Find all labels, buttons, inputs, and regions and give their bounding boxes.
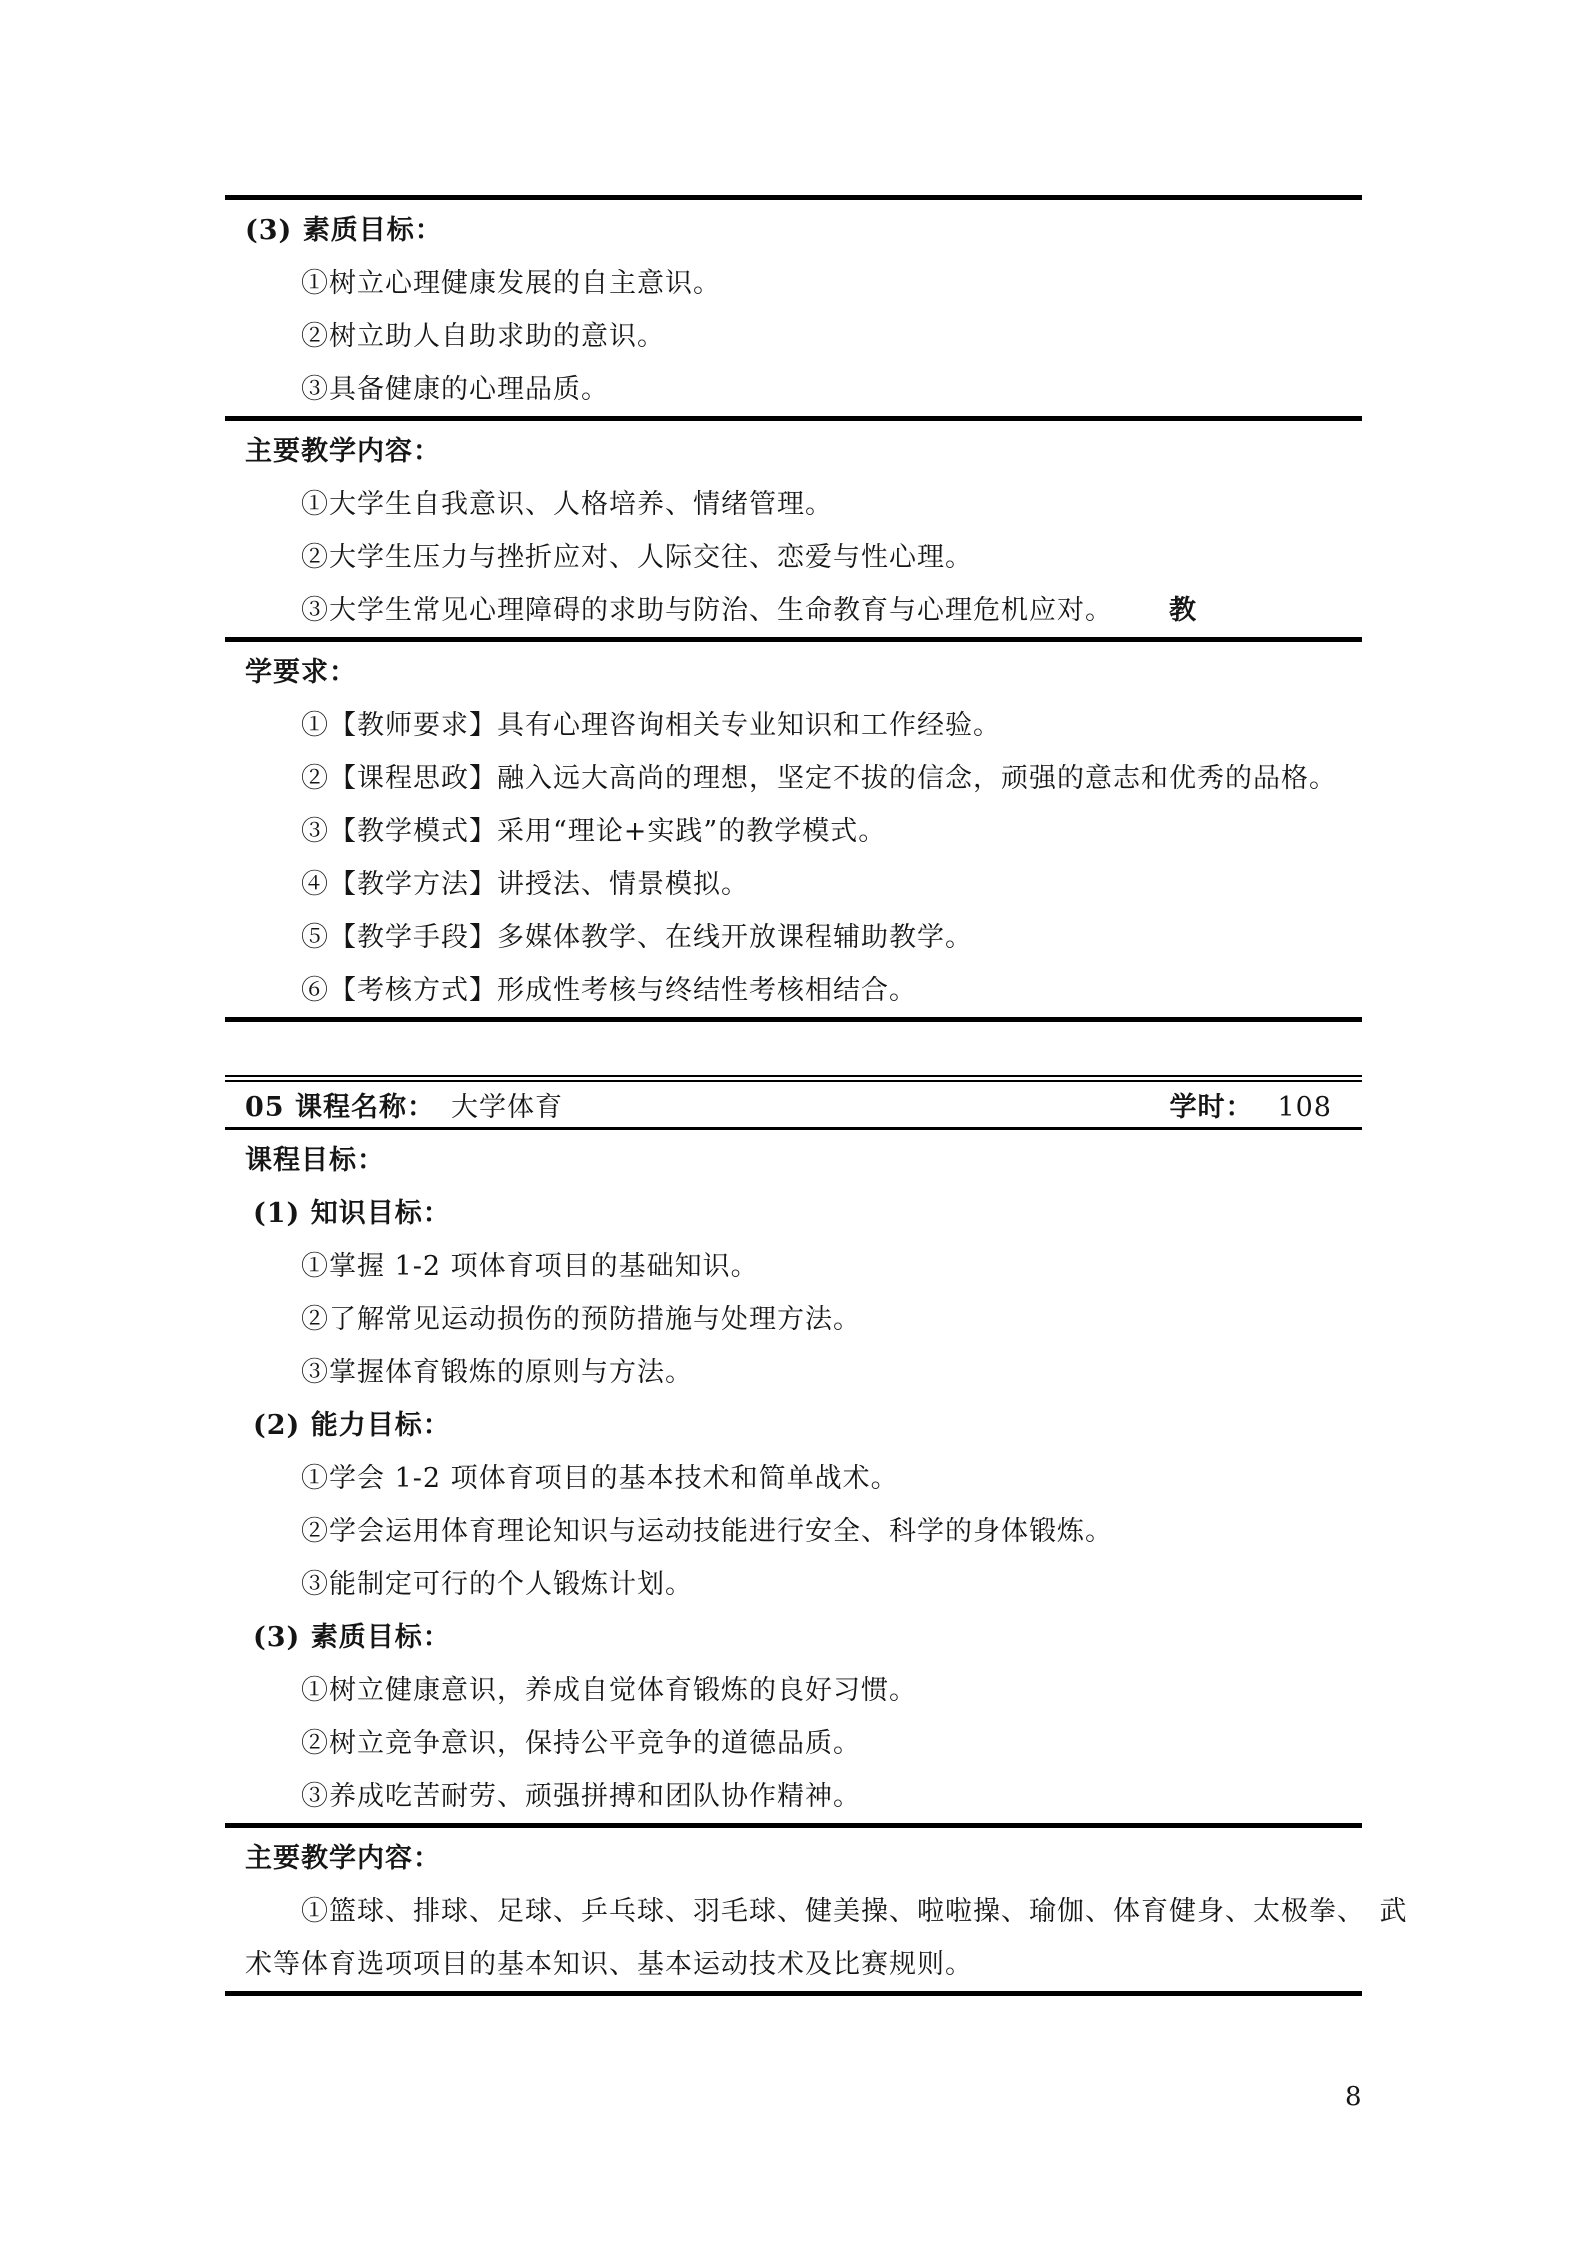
- ability-objective-item: ②学会运用体育理论知识与运动技能进行安全、科学的身体锻炼。: [245, 1505, 1362, 1558]
- knowledge-objective-item: ①掌握 1-2 项体育项目的基础知识。: [245, 1240, 1362, 1293]
- teaching-content-header: 主要教学内容：: [245, 425, 1362, 478]
- ability-objectives-header: (2) 能力目标：: [245, 1399, 1362, 1452]
- course-04-table-continued: (3) 素质目标： ①树立心理健康发展的自主意识。 ②树立助人自助求助的意识。 …: [225, 195, 1362, 1022]
- knowledge-objectives-header: (1) 知识目标：: [245, 1187, 1362, 1240]
- course-hours-group: 学时： 108: [1169, 1085, 1332, 1124]
- quality-objectives-header: (3) 素质目标：: [245, 1611, 1362, 1664]
- quality-objective-item: ①树立健康意识，养成自觉体育锻炼的良好习惯。: [245, 1664, 1362, 1717]
- knowledge-objective-item: ③掌握体育锻炼的原则与方法。: [245, 1346, 1362, 1399]
- hours-label: 学时：: [1169, 1085, 1253, 1124]
- teaching-content-line: ①篮球、排球、足球、乒乓球、羽毛球、健美操、啦啦操、瑜伽、体育健身、太极拳、 武: [245, 1885, 1362, 1938]
- course-name: 大学体育: [451, 1085, 563, 1124]
- requirement-item: ⑤【教学手段】多媒体教学、在线开放课程辅助教学。: [245, 911, 1362, 964]
- page-number: 8: [1345, 2082, 1362, 2112]
- split-bold-char: 教: [1169, 595, 1197, 626]
- course-05-table: 05 课程名称： 大学体育 学时： 108 课程目标： (1) 知识目标： ①掌…: [225, 1075, 1362, 1996]
- requirement-item: ④【教学方法】讲授法、情景模拟。: [245, 858, 1362, 911]
- teaching-content-item: ③大学生常见心理障碍的求助与防治、生命教育与心理危机应对。教: [245, 584, 1362, 637]
- document-page: (3) 素质目标： ①树立心理健康发展的自主意识。 ②树立助人自助求助的意识。 …: [0, 0, 1588, 2245]
- course-title-row: 05 课程名称： 大学体育 学时： 108: [225, 1082, 1362, 1130]
- course-teaching-content-section: 主要教学内容： ①篮球、排球、足球、乒乓球、羽毛球、健美操、啦啦操、瑜伽、体育健…: [225, 1828, 1362, 1996]
- quality-objectives-header: (3) 素质目标：: [245, 204, 1362, 257]
- teaching-content-header: 主要教学内容：: [245, 1832, 1362, 1885]
- quality-objective-item: ①树立心理健康发展的自主意识。: [245, 257, 1362, 310]
- teaching-requirements-header: 学要求：: [245, 646, 1362, 699]
- requirement-item: ⑥【考核方式】形成性考核与终结性考核相结合。: [245, 964, 1362, 1017]
- course-number-label: 05 课程名称：: [245, 1085, 435, 1124]
- teaching-content-item: ①大学生自我意识、人格培养、情绪管理。: [245, 478, 1362, 531]
- quality-objectives-section: (3) 素质目标： ①树立心理健康发展的自主意识。 ②树立助人自助求助的意识。 …: [225, 200, 1362, 421]
- quality-objective-item: ②树立竞争意识，保持公平竞争的道德品质。: [245, 1717, 1362, 1770]
- teaching-requirements-section: 学要求： ①【教师要求】具有心理咨询相关专业知识和工作经验。 ②【课程思政】融入…: [225, 642, 1362, 1022]
- requirement-item: ③【教学模式】采用“理论+实践”的教学模式。: [245, 805, 1362, 858]
- quality-objective-item: ③具备健康的心理品质。: [245, 363, 1362, 416]
- requirement-item: ①【教师要求】具有心理咨询相关专业知识和工作经验。: [245, 699, 1362, 752]
- document-content: (3) 素质目标： ①树立心理健康发展的自主意识。 ②树立助人自助求助的意识。 …: [225, 195, 1362, 1996]
- course-name-group: 05 课程名称： 大学体育: [245, 1085, 563, 1124]
- quality-objective-item: ③养成吃苦耐劳、顽强拼搏和团队协作精神。: [245, 1770, 1362, 1823]
- teaching-content-item: ②大学生压力与挫折应对、人际交往、恋爱与性心理。: [245, 531, 1362, 584]
- knowledge-objective-item: ②了解常见运动损伤的预防措施与处理方法。: [245, 1293, 1362, 1346]
- hours-value: 108: [1277, 1092, 1332, 1123]
- course-objectives-section: 课程目标： (1) 知识目标： ①掌握 1-2 项体育项目的基础知识。 ②了解常…: [225, 1130, 1362, 1828]
- teaching-content-line-wrap: 术等体育选项项目的基本知识、基本运动技术及比赛规则。: [245, 1938, 1362, 1991]
- ability-objective-item: ①学会 1-2 项体育项目的基本技术和简单战术。: [245, 1452, 1362, 1505]
- teaching-content-section: 主要教学内容： ①大学生自我意识、人格培养、情绪管理。 ②大学生压力与挫折应对、…: [225, 421, 1362, 642]
- course-objectives-header: 课程目标：: [245, 1134, 1362, 1187]
- teaching-content-item-text: ③大学生常见心理障碍的求助与防治、生命教育与心理危机应对。: [301, 595, 1113, 626]
- requirement-item: ②【课程思政】融入远大高尚的理想，坚定不拔的信念，顽强的意志和优秀的品格。: [245, 752, 1362, 805]
- quality-objective-item: ②树立助人自助求助的意识。: [245, 310, 1362, 363]
- ability-objective-item: ③能制定可行的个人锻炼计划。: [245, 1558, 1362, 1611]
